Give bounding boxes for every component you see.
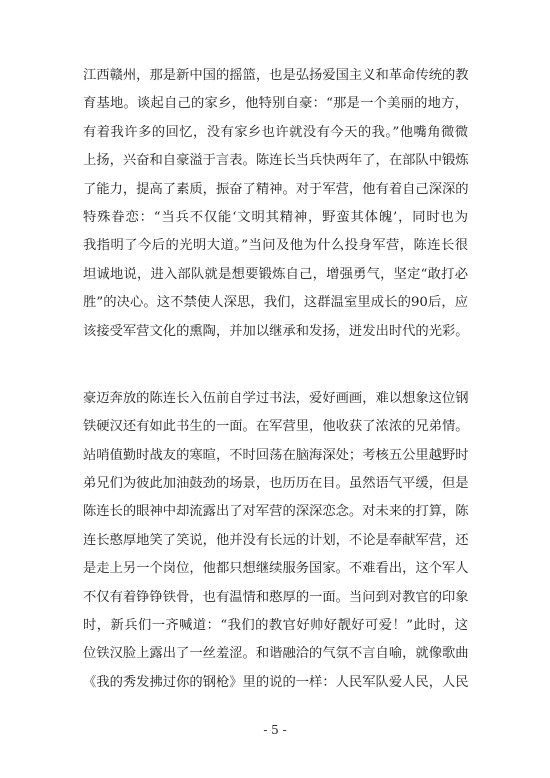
text-line: 有着我许多的回忆，没有家乡也许就没有今天的我。”他嘴角微微 <box>83 119 468 147</box>
text-line: 江西赣州，那是新中国的摇篮，也是弘扬爱国主义和革命传统的教 <box>83 62 468 90</box>
text-line: 上扬，兴奋和自豪溢于言表。陈连长当兵快两年了，在部队中锻炼 <box>83 147 468 175</box>
text-line: 陈连长的眼神中却流露出了对军营的深深恋念。对未来的打算，陈 <box>83 498 468 526</box>
page-content: 江西赣州，那是新中国的摇篮，也是弘扬爱国主义和革命传统的教育基地。谈起自己的家乡… <box>83 62 468 697</box>
text-line: 时，新兵们一齐喊道：“我们的教官好帅好靓好可爱！”此时，这 <box>83 612 468 640</box>
paragraph-1: 江西赣州，那是新中国的摇篮，也是弘扬爱国主义和革命传统的教育基地。谈起自己的家乡… <box>83 62 468 346</box>
text-line: 连长憨厚地笑了笑说，他并没有长远的计划，不论是奉献军营，还 <box>83 527 468 555</box>
text-line: 站哨值勤时战友的寒暄，不时回荡在脑海深处；考核五公里越野时 <box>83 442 468 470</box>
text-line: 坦诚地说，进入部队就是想要锻炼自己，增强勇气，坚定“敢打必 <box>83 261 468 289</box>
text-line: 《我的秀发拂过你的钢枪》里的说的一样：人民军队爱人民，人民 <box>83 669 468 697</box>
text-line: 弟兄们为彼此加油鼓劲的场景，也历历在目。虽然语气平缓，但是 <box>83 470 468 498</box>
text-line: 位铁汉脸上露出了一丝羞涩。和谐融洽的气氛不言自喻，就像歌曲 <box>83 640 468 668</box>
text-line: 胜”的决心。这不禁使人深思，我们，这群温室里成长的90后，应 <box>83 289 468 317</box>
text-line: 豪迈奔放的陈连长入伍前自学过书法，爱好画画，难以想象这位钢 <box>83 385 468 413</box>
paragraph-2: 豪迈奔放的陈连长入伍前自学过书法，爱好画画，难以想象这位钢铁硬汉还有如此书生的一… <box>83 385 468 697</box>
text-line: 是走上另一个岗位，他都只想继续服务国家。不难看出，这个军人 <box>83 555 468 583</box>
text-line: 我指明了今后的光明大道。”当问及他为什么投身军营，陈连长很 <box>83 232 468 260</box>
text-line: 铁硬汉还有如此书生的一面。在军营里，他收获了浓浓的兄弟情。 <box>83 413 468 441</box>
page-number: - 5 - <box>0 722 550 738</box>
text-line: 了能力，提高了素质，振奋了精神。对于军营，他有着自己深深的 <box>83 176 468 204</box>
text-line: 育基地。谈起自己的家乡，他特别自豪：“那是一个美丽的地方， <box>83 90 468 118</box>
document-page: 江西赣州，那是新中国的摇篮，也是弘扬爱国主义和革命传统的教育基地。谈起自己的家乡… <box>0 0 550 778</box>
text-line: 该接受军营文化的熏陶，并加以继承和发扬，迸发出时代的光彩。 <box>83 318 468 346</box>
text-line: 特殊眷恋：“当兵不仅能‘文明其精神，野蛮其体魄’，同时也为 <box>83 204 468 232</box>
text-line: 不仅有着铮铮铁骨，也有温情和憨厚的一面。当问到对教官的印象 <box>83 584 468 612</box>
